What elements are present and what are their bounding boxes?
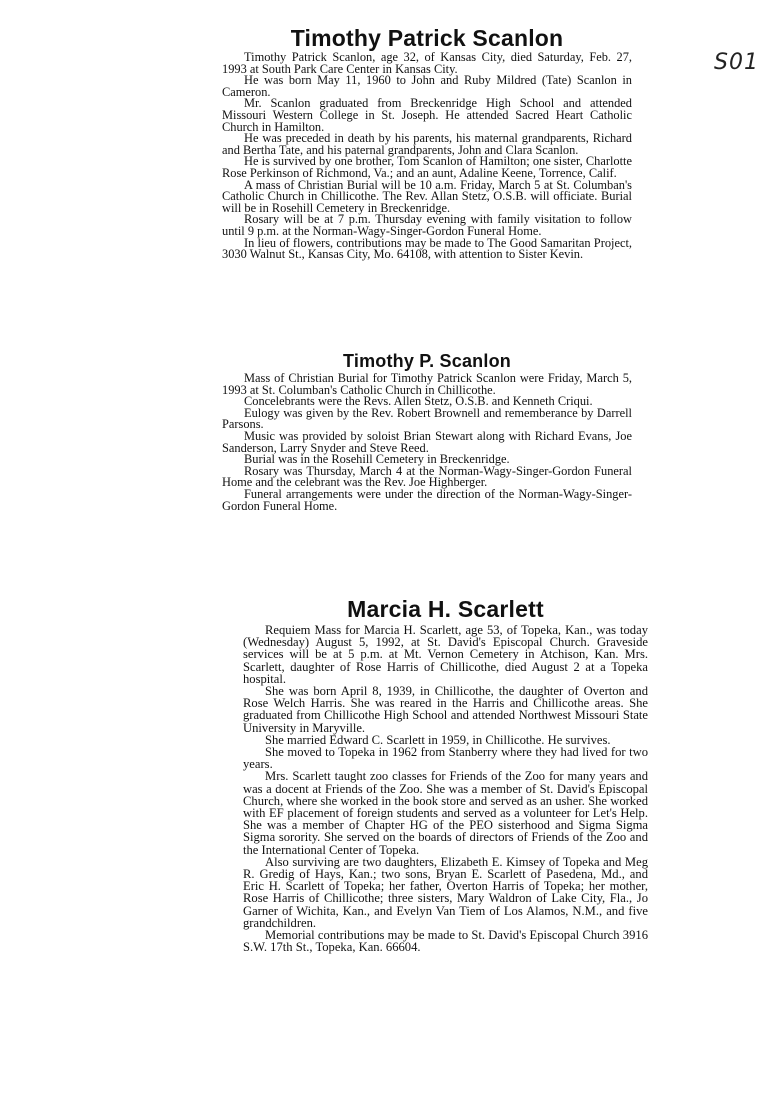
obituary-paragraph: Timothy Patrick Scanlon, age 32, of Kans… bbox=[222, 52, 632, 75]
obituary-headline: Marcia H. Scarlett bbox=[243, 594, 648, 624]
obituary-paragraph: A mass of Christian Burial will be 10 a.… bbox=[222, 180, 632, 215]
funeral-notice-paragraph: Mass of Christian Burial for Timothy Pat… bbox=[222, 373, 632, 396]
obituary-clipping-scanlon: Timothy Patrick Scanlon Timothy Patrick … bbox=[222, 24, 632, 261]
obituary-paragraph: She moved to Topeka in 1962 from Stanber… bbox=[243, 746, 648, 770]
obituary-paragraph: Requiem Mass for Marcia H. Scarlett, age… bbox=[243, 624, 648, 685]
obituary-paragraph: In lieu of flowers, contributions may be… bbox=[222, 238, 632, 261]
obituary-paragraph: He is survived by one brother, Tom Scanl… bbox=[222, 156, 632, 179]
funeral-notice-paragraph: Music was provided by soloist Brian Stew… bbox=[222, 431, 632, 454]
handwritten-page-mark: S01. bbox=[714, 50, 760, 75]
obituary-paragraph: She was born April 8, 1939, in Chillicot… bbox=[243, 685, 648, 734]
obituary-paragraph: Memorial contributions may be made to St… bbox=[243, 929, 648, 953]
obituary-paragraph: He was preceded in death by his parents,… bbox=[222, 133, 632, 156]
funeral-notice-clipping-scanlon: Timothy P. Scanlon Mass of Christian Bur… bbox=[222, 350, 632, 512]
funeral-notice-paragraph: Funeral arrangements were under the dire… bbox=[222, 489, 632, 512]
obituary-paragraph: Rosary will be at 7 p.m. Thursday evenin… bbox=[222, 214, 632, 237]
obituary-paragraph: Also surviving are two daughters, Elizab… bbox=[243, 856, 648, 929]
obituary-paragraph: Mrs. Scarlett taught zoo classes for Fri… bbox=[243, 770, 648, 855]
obituary-headline: Timothy Patrick Scanlon bbox=[222, 24, 632, 52]
obituary-paragraph: He was born May 11, 1960 to John and Rub… bbox=[222, 75, 632, 98]
funeral-notice-paragraph: Eulogy was given by the Rev. Robert Brow… bbox=[222, 408, 632, 431]
funeral-notice-headline: Timothy P. Scanlon bbox=[222, 350, 632, 372]
funeral-notice-paragraph: Rosary was Thursday, March 4 at the Norm… bbox=[222, 466, 632, 489]
obituary-paragraph: Mr. Scanlon graduated from Breckenridge … bbox=[222, 98, 632, 133]
obituary-clipping-scarlett: Marcia H. Scarlett Requiem Mass for Marc… bbox=[243, 594, 648, 953]
